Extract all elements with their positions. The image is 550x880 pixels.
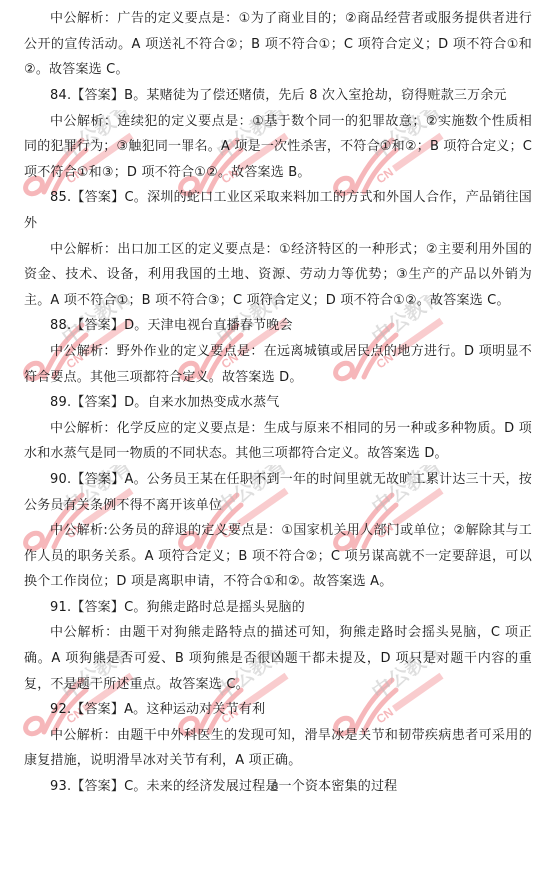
document-page: CN中公教育CN中公教育CN中公教育CN中公教育CN中公教育CN中公教育CN中公…	[0, 0, 550, 880]
answer-line: 92.【答案】A。这种运动对关节有利	[24, 697, 532, 723]
analysis-paragraph: 中公解析：由题干对狗熊走路特点的描述可知，狗熊走路时会摇头晃脑，C 项正确。A …	[24, 620, 532, 697]
answer-line: 89.【答案】D。自来水加热变成水蒸气	[24, 390, 532, 416]
answer-line: 90.【答案】A。公务员王某在任职不到一年的时间里就无故旷工累计达三十天，按公务…	[24, 467, 532, 518]
page-number: 8	[0, 780, 550, 793]
analysis-paragraph: 中公解析:公务员的辞退的定义要点是：①国家机关用人部门或单位；②解除其与工作人员…	[24, 518, 532, 595]
analysis-paragraph: 中公解析：化学反应的定义要点是：生成与原来不相同的另一种或多种物质。D 项水和水…	[24, 416, 532, 467]
analysis-paragraph: 中公解析：出口加工区的定义要点是：①经济特区的一种形式；②主要利用外国的资金、技…	[24, 237, 532, 314]
answer-line: 84.【答案】B。某赌徒为了偿还赌债，先后 8 次入室抢劫，窃得赃款三万余元	[24, 83, 532, 109]
analysis-paragraph: 中公解析：由题干中外科医生的发现可知，滑旱冰是关节和韧带疾病患者可采用的康复措施…	[24, 723, 532, 774]
answer-line: 91.【答案】C。狗熊走路时总是摇头晃脑的	[24, 595, 532, 621]
document-body: 中公解析：广告的定义要点是：①为了商业目的；②商品经营者或服务提供者进行公开的宣…	[24, 6, 532, 800]
analysis-paragraph: 中公解析：广告的定义要点是：①为了商业目的；②商品经营者或服务提供者进行公开的宣…	[24, 6, 532, 83]
answer-line: 88.【答案】D。天津电视台直播春节晚会	[24, 313, 532, 339]
analysis-paragraph: 中公解析：野外作业的定义要点是：在远离城镇或居民点的地方进行。D 项明显不符合要…	[24, 339, 532, 390]
analysis-paragraph: 中公解析：连续犯的定义要点是：①基于数个同一的犯罪故意；②实施数个性质相同的犯罪…	[24, 109, 532, 186]
answer-line: 85.【答案】C。深圳的蛇口工业区采取来料加工的方式和外国人合作，产品销往国外	[24, 185, 532, 236]
